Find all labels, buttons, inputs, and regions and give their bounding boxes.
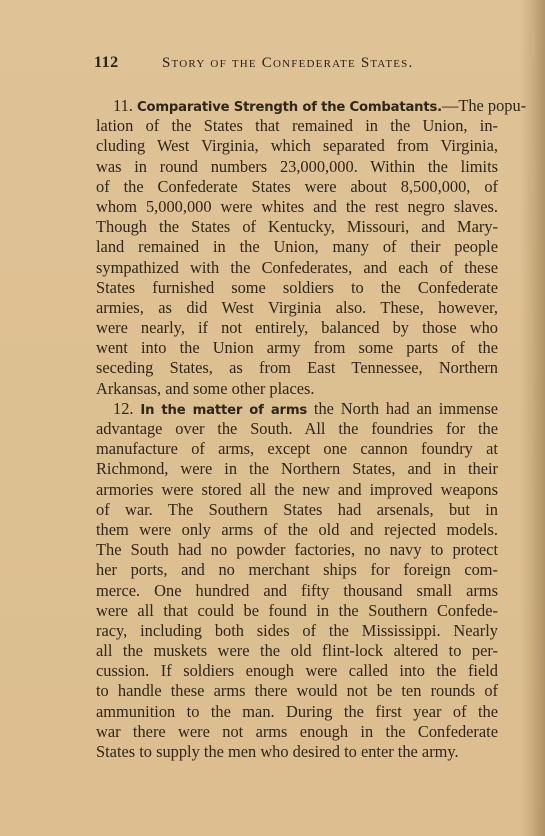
text-line: cussion. If soldiers enough were called …	[96, 661, 498, 681]
text-line: Richmond, were in the Northern States, a…	[96, 459, 498, 479]
text-line: of the Confederate States were about 8,5…	[96, 177, 498, 197]
running-head: 112 Story of the Confederate States.	[94, 54, 514, 78]
text-line: merce. One hundred and fifty thousand sm…	[96, 581, 498, 601]
page-number: 112	[94, 54, 119, 72]
text-line: were all that could be found in the Sout…	[96, 601, 498, 621]
text-line: The South had no powder factories, no na…	[96, 540, 498, 560]
text-line: to handle these arms there would not be …	[96, 681, 498, 701]
text-line: her ports, and no merchant ships for for…	[96, 560, 498, 580]
text-line: all the muskets were the old flint-lock …	[96, 641, 498, 661]
text-line: were nearly, if not entirely, balanced b…	[96, 318, 498, 338]
text-line: advantage over the South. All the foundr…	[96, 419, 498, 439]
text-line: went into the Union army from some parts…	[96, 338, 498, 358]
text-line: armies, as did West Virginia also. These…	[96, 298, 498, 318]
text-line: cluding West Virginia, which separated f…	[96, 136, 498, 156]
text-line: ammunition to the man. During the first …	[96, 702, 498, 722]
text-line: sympathized with the Confederates, and e…	[96, 258, 498, 278]
section-number: 12.	[113, 399, 134, 418]
text-line: lation of the States that remained in th…	[96, 116, 498, 136]
body-text: 11. Comparative Strength of the Combatan…	[96, 96, 498, 762]
text-line: armories were stored all the new and imp…	[96, 480, 498, 500]
section-heading: In the matter of arms	[140, 403, 307, 418]
text-line: —The popu-	[442, 96, 526, 115]
paragraph-12-line-1: 12. In the matter of arms the North had …	[96, 399, 498, 419]
section-heading: Comparative Strength of the Combatants.	[137, 100, 442, 115]
text-line: them were only arms of the old and rejec…	[96, 520, 498, 540]
text-line: war there were not arms enough in the Co…	[96, 722, 498, 742]
text-line: was in round numbers 23,000,000. Within …	[96, 157, 498, 177]
text-line: manufacture of arms, except one cannon f…	[96, 439, 498, 459]
paragraph-11-line-1: 11. Comparative Strength of the Combatan…	[96, 96, 498, 116]
text-line: States to supply the men who desired to …	[96, 742, 498, 762]
text-line: Though the States of Kentucky, Missouri,…	[96, 217, 498, 237]
text-line: States furnished some soldiers to the Co…	[96, 278, 498, 298]
text-line: Arkansas, and some other places.	[96, 379, 498, 399]
text-line: whom 5,000,000 were whites and the rest …	[96, 197, 498, 217]
text-line: land remained in the Union, many of thei…	[96, 237, 498, 257]
running-title: Story of the Confederate States.	[162, 55, 413, 72]
text-line: of war. The Southern States had arsenals…	[96, 500, 498, 520]
text-line: racy, including both sides of the Missis…	[96, 621, 498, 641]
section-number: 11.	[113, 96, 133, 115]
book-page: 112 Story of the Confederate States. 11.…	[0, 0, 545, 836]
text-line: the North had an immense	[307, 399, 498, 418]
text-line: seceding States, as from East Tennessee,…	[96, 358, 498, 378]
